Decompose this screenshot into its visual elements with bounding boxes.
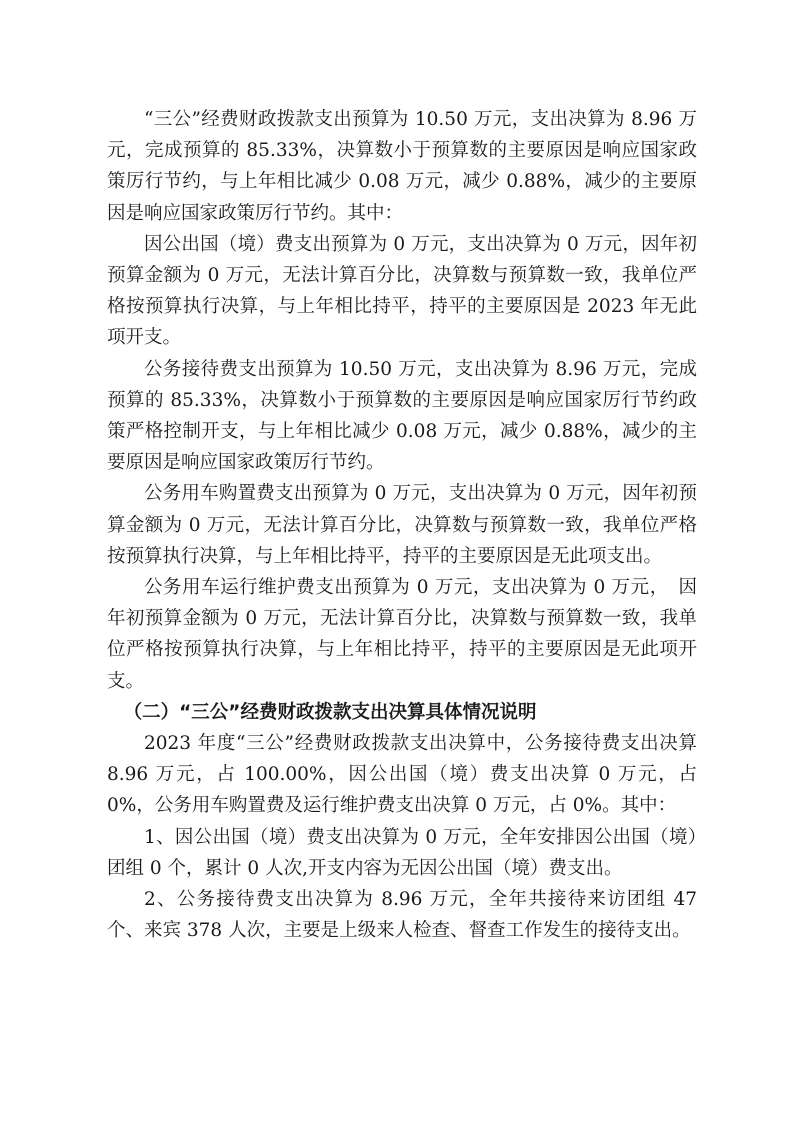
paragraph-overseas-travel: 因公出国（境）费支出预算为 0 万元，支出决算为 0 万元，因年初预算金额为 0…: [107, 229, 697, 354]
paragraph-vehicle-maintenance: 公务用车运行维护费支出预算为 0 万元，支出决算为 0 万元， 因年初预算金额为…: [107, 572, 697, 697]
paragraph-official-reception: 公务接待费支出预算为 10.50 万元，支出决算为 8.96 万元，完成预算的 …: [107, 354, 697, 479]
section-heading: （二）“三公”经费财政拨款支出决算具体情况说明: [107, 697, 697, 728]
paragraph-2023-breakdown: 2023 年度“三公”经费财政拨款支出决算中，公务接待费支出决算 8.96 万元…: [107, 728, 697, 822]
document-page: “三公”经费财政拨款支出预算为 10.50 万元，支出决算为 8.96 万元，完…: [107, 104, 697, 946]
paragraph-item-1-overseas: 1、因公出国（境）费支出决算为 0 万元，全年安排因公出国（境）团组 0 个，累…: [107, 822, 697, 884]
paragraph-three-public-summary: “三公”经费财政拨款支出预算为 10.50 万元，支出决算为 8.96 万元，完…: [107, 104, 697, 229]
paragraph-item-2-reception: 2、公务接待费支出决算为 8.96 万元，全年共接待来访团组 47 个、来宾 3…: [107, 884, 697, 946]
paragraph-vehicle-purchase: 公务用车购置费支出预算为 0 万元，支出决算为 0 万元，因年初预算金额为 0 …: [107, 478, 697, 572]
